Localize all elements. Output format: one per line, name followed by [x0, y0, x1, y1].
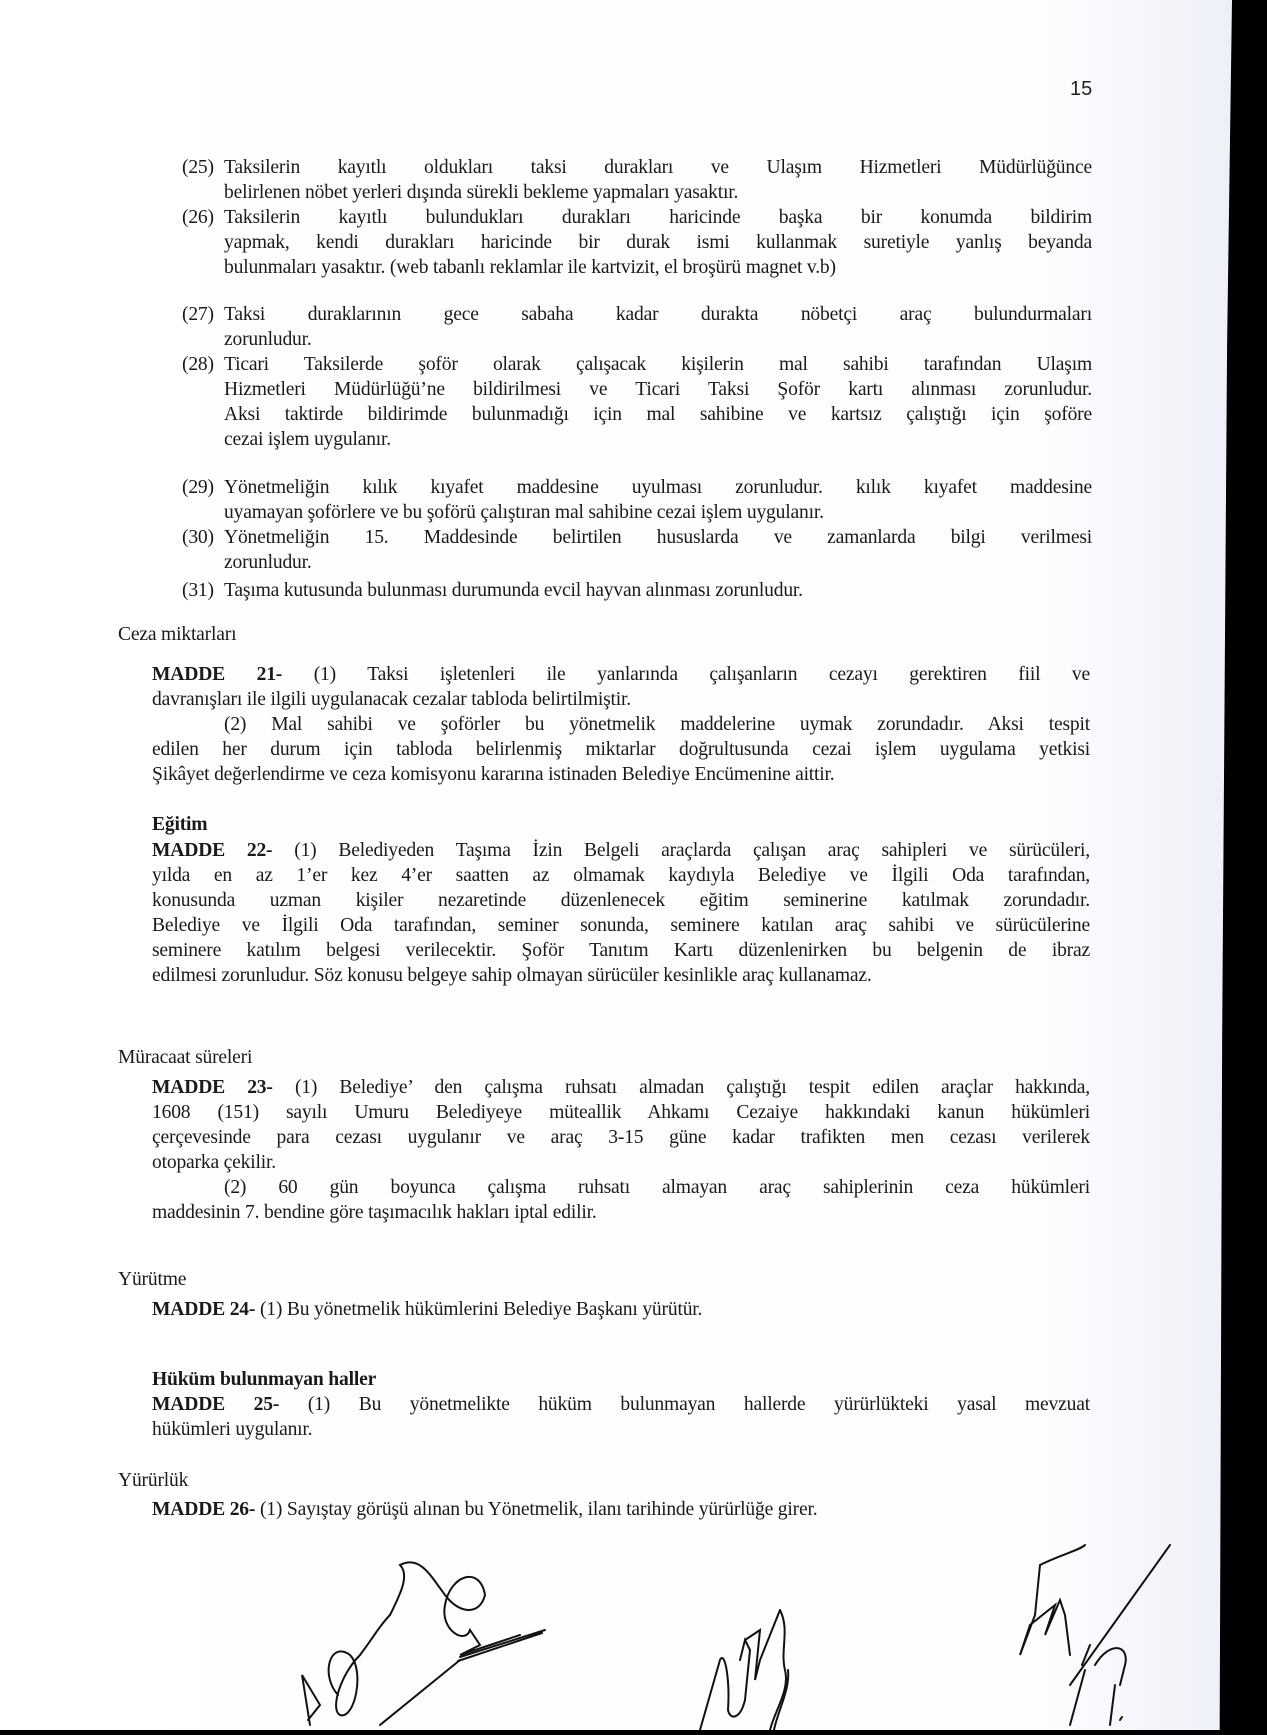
item-line: belirlenen nöbet yerleri dışında sürekli…	[224, 180, 1092, 205]
madde-24-line: (1) Bu yönetmelik hükümlerini Belediye B…	[260, 1299, 702, 1320]
signature-1	[280, 1535, 640, 1730]
page-number: 15	[1070, 78, 1092, 101]
numbered-item: (29)Yönetmeliğin kılık kıyafet maddesine…	[182, 475, 1092, 525]
item-line: zorunludur.	[224, 550, 1092, 575]
madde-25-label: MADDE 25-	[152, 1394, 279, 1415]
madde-21-p2-line: Şikâyet değerlendirme ve ceza komisyonu …	[152, 762, 1090, 787]
item-number: (25)	[182, 155, 214, 180]
madde-22-line: edilmesi zorunludur. Söz konusu belgeye …	[152, 963, 1090, 988]
madde-22-line: yılda en az 1’er kez 4’er saatten az olm…	[152, 863, 1090, 888]
madde-21-p2-line: edilen her durum için tabloda belirlenmi…	[152, 737, 1090, 762]
madde-23-line: çerçevesinde para cezası uygulanır ve ar…	[152, 1125, 1090, 1150]
section-heading-hukum: Hüküm bulunmayan haller	[152, 1367, 376, 1392]
item-body: Taksi duraklarının gece sabaha kadar dur…	[224, 302, 1092, 352]
madde-21-label: MADDE 21-	[152, 664, 282, 685]
item-line: Yönetmeliğin 15. Maddesinde belirtilen h…	[224, 525, 1092, 550]
madde-26: MADDE 26- (1) Sayıştay görüşü alınan bu …	[152, 1497, 1090, 1522]
item-number: (27)	[182, 302, 214, 327]
madde-23-p2-line: (2) 60 gün boyunca çalışma ruhsatı almay…	[152, 1175, 1090, 1200]
item-line: Taşıma kutusunda bulunması durumunda evc…	[224, 578, 1092, 603]
madde-23-line: 1608 (151) sayılı Umuru Belediyeye mütea…	[152, 1100, 1090, 1125]
madde-23-p2-line: maddesinin 7. bendine göre taşımacılık h…	[152, 1200, 1090, 1225]
item-line: cezai işlem uygulanır.	[224, 427, 1092, 452]
item-line: Taksi duraklarının gece sabaha kadar dur…	[224, 302, 1092, 327]
madde-22-line: konusunda uzman kişiler nezaretinde düze…	[152, 888, 1090, 913]
madde-26-label: MADDE 26-	[152, 1499, 255, 1520]
item-body: Taksilerin kayıtlı bulundukları duraklar…	[224, 205, 1092, 280]
item-body: Taşıma kutusunda bulunması durumunda evc…	[224, 578, 1092, 603]
item-number: (31)	[182, 578, 214, 603]
madde-21-line: (1) Taksi işletenleri ile yanlarında çal…	[314, 664, 1090, 685]
item-line: Yönetmeliğin kılık kıyafet maddesine uyu…	[224, 475, 1092, 500]
item-line: bulunmaları yasaktır. (web tabanlı rekla…	[224, 255, 1092, 280]
item-body: Yönetmeliğin kılık kıyafet maddesine uyu…	[224, 475, 1092, 525]
section-heading-egitim: Eğitim	[152, 812, 207, 837]
item-body: Ticari Taksilerde şoför olarak çalışacak…	[224, 352, 1092, 452]
document-page: 15 (25)Taksilerin kayıtlı oldukları taks…	[0, 0, 1232, 1730]
item-line: Taksilerin kayıtlı bulundukları duraklar…	[224, 205, 1092, 230]
signature-2	[690, 1570, 810, 1735]
signature-3	[1000, 1545, 1200, 1735]
item-line: Taksilerin kayıtlı oldukları taksi durak…	[224, 155, 1092, 180]
item-body: Yönetmeliğin 15. Maddesinde belirtilen h…	[224, 525, 1092, 575]
madde-26-line: (1) Sayıştay görüşü alınan bu Yönetmelik…	[260, 1499, 817, 1520]
section-heading-ceza: Ceza miktarları	[118, 622, 236, 647]
madde-24-label: MADDE 24-	[152, 1299, 255, 1320]
madde-21: MADDE 21- (1) Taksi işletenleri ile yanl…	[152, 662, 1090, 787]
madde-22-label: MADDE 22-	[152, 840, 272, 861]
madde-23-label: MADDE 23-	[152, 1077, 273, 1098]
madde-21-p2-line: (2) Mal sahibi ve şoförler bu yönetmelik…	[152, 712, 1090, 737]
madde-22-line: seminere katılım belgesi verilecektir. Ş…	[152, 938, 1090, 963]
section-heading-yurutme: Yürütme	[118, 1267, 186, 1292]
madde-22-line: (1) Belediyeden Taşıma İzin Belgeli araç…	[294, 840, 1090, 861]
madde-25: MADDE 25- (1) Bu yönetmelikte hüküm bulu…	[152, 1392, 1090, 1442]
item-line: uyamayan şoförlere ve bu şoförü çalıştır…	[224, 500, 1092, 525]
item-number: (29)	[182, 475, 214, 500]
madde-22: MADDE 22- (1) Belediyeden Taşıma İzin Be…	[152, 838, 1090, 988]
section-heading-muracaat: Müracaat süreleri	[118, 1045, 252, 1070]
madde-21-line: davranışları ile ilgili uygulanacak ceza…	[152, 687, 1090, 712]
section-heading-yururluk: Yürürlük	[118, 1468, 188, 1493]
numbered-item: (26)Taksilerin kayıtlı bulundukları dura…	[182, 205, 1092, 280]
numbered-item: (31)Taşıma kutusunda bulunması durumunda…	[182, 578, 1092, 603]
madde-23-line: otoparka çekilir.	[152, 1150, 1090, 1175]
item-number: (26)	[182, 205, 214, 230]
item-body: Taksilerin kayıtlı oldukları taksi durak…	[224, 155, 1092, 205]
numbered-item: (27)Taksi duraklarının gece sabaha kadar…	[182, 302, 1092, 352]
madde-25-line: (1) Bu yönetmelikte hüküm bulunmayan hal…	[308, 1394, 1090, 1415]
item-line: Ticari Taksilerde şoför olarak çalışacak…	[224, 352, 1092, 377]
item-line: Aksi taktirde bildirimde bulunmadığı içi…	[224, 402, 1092, 427]
item-line: zorunludur.	[224, 327, 1092, 352]
item-number: (28)	[182, 352, 214, 377]
madde-24: MADDE 24- (1) Bu yönetmelik hükümlerini …	[152, 1297, 1090, 1322]
item-line: yapmak, kendi durakları haricinde bir du…	[224, 230, 1092, 255]
madde-22-line: Belediye ve İlgili Oda tarafından, semin…	[152, 913, 1090, 938]
numbered-item: (25)Taksilerin kayıtlı oldukları taksi d…	[182, 155, 1092, 205]
numbered-item: (30)Yönetmeliğin 15. Maddesinde belirtil…	[182, 525, 1092, 575]
madde-23: MADDE 23- (1) Belediye’ den çalışma ruhs…	[152, 1075, 1090, 1225]
item-number: (30)	[182, 525, 214, 550]
madde-23-line: (1) Belediye’ den çalışma ruhsatı almada…	[295, 1077, 1090, 1098]
numbered-item: (28)Ticari Taksilerde şoför olarak çalış…	[182, 352, 1092, 452]
item-line: Hizmetleri Müdürlüğü’ne bildirilmesi ve …	[224, 377, 1092, 402]
madde-25-line: hükümleri uygulanır.	[152, 1417, 1090, 1442]
